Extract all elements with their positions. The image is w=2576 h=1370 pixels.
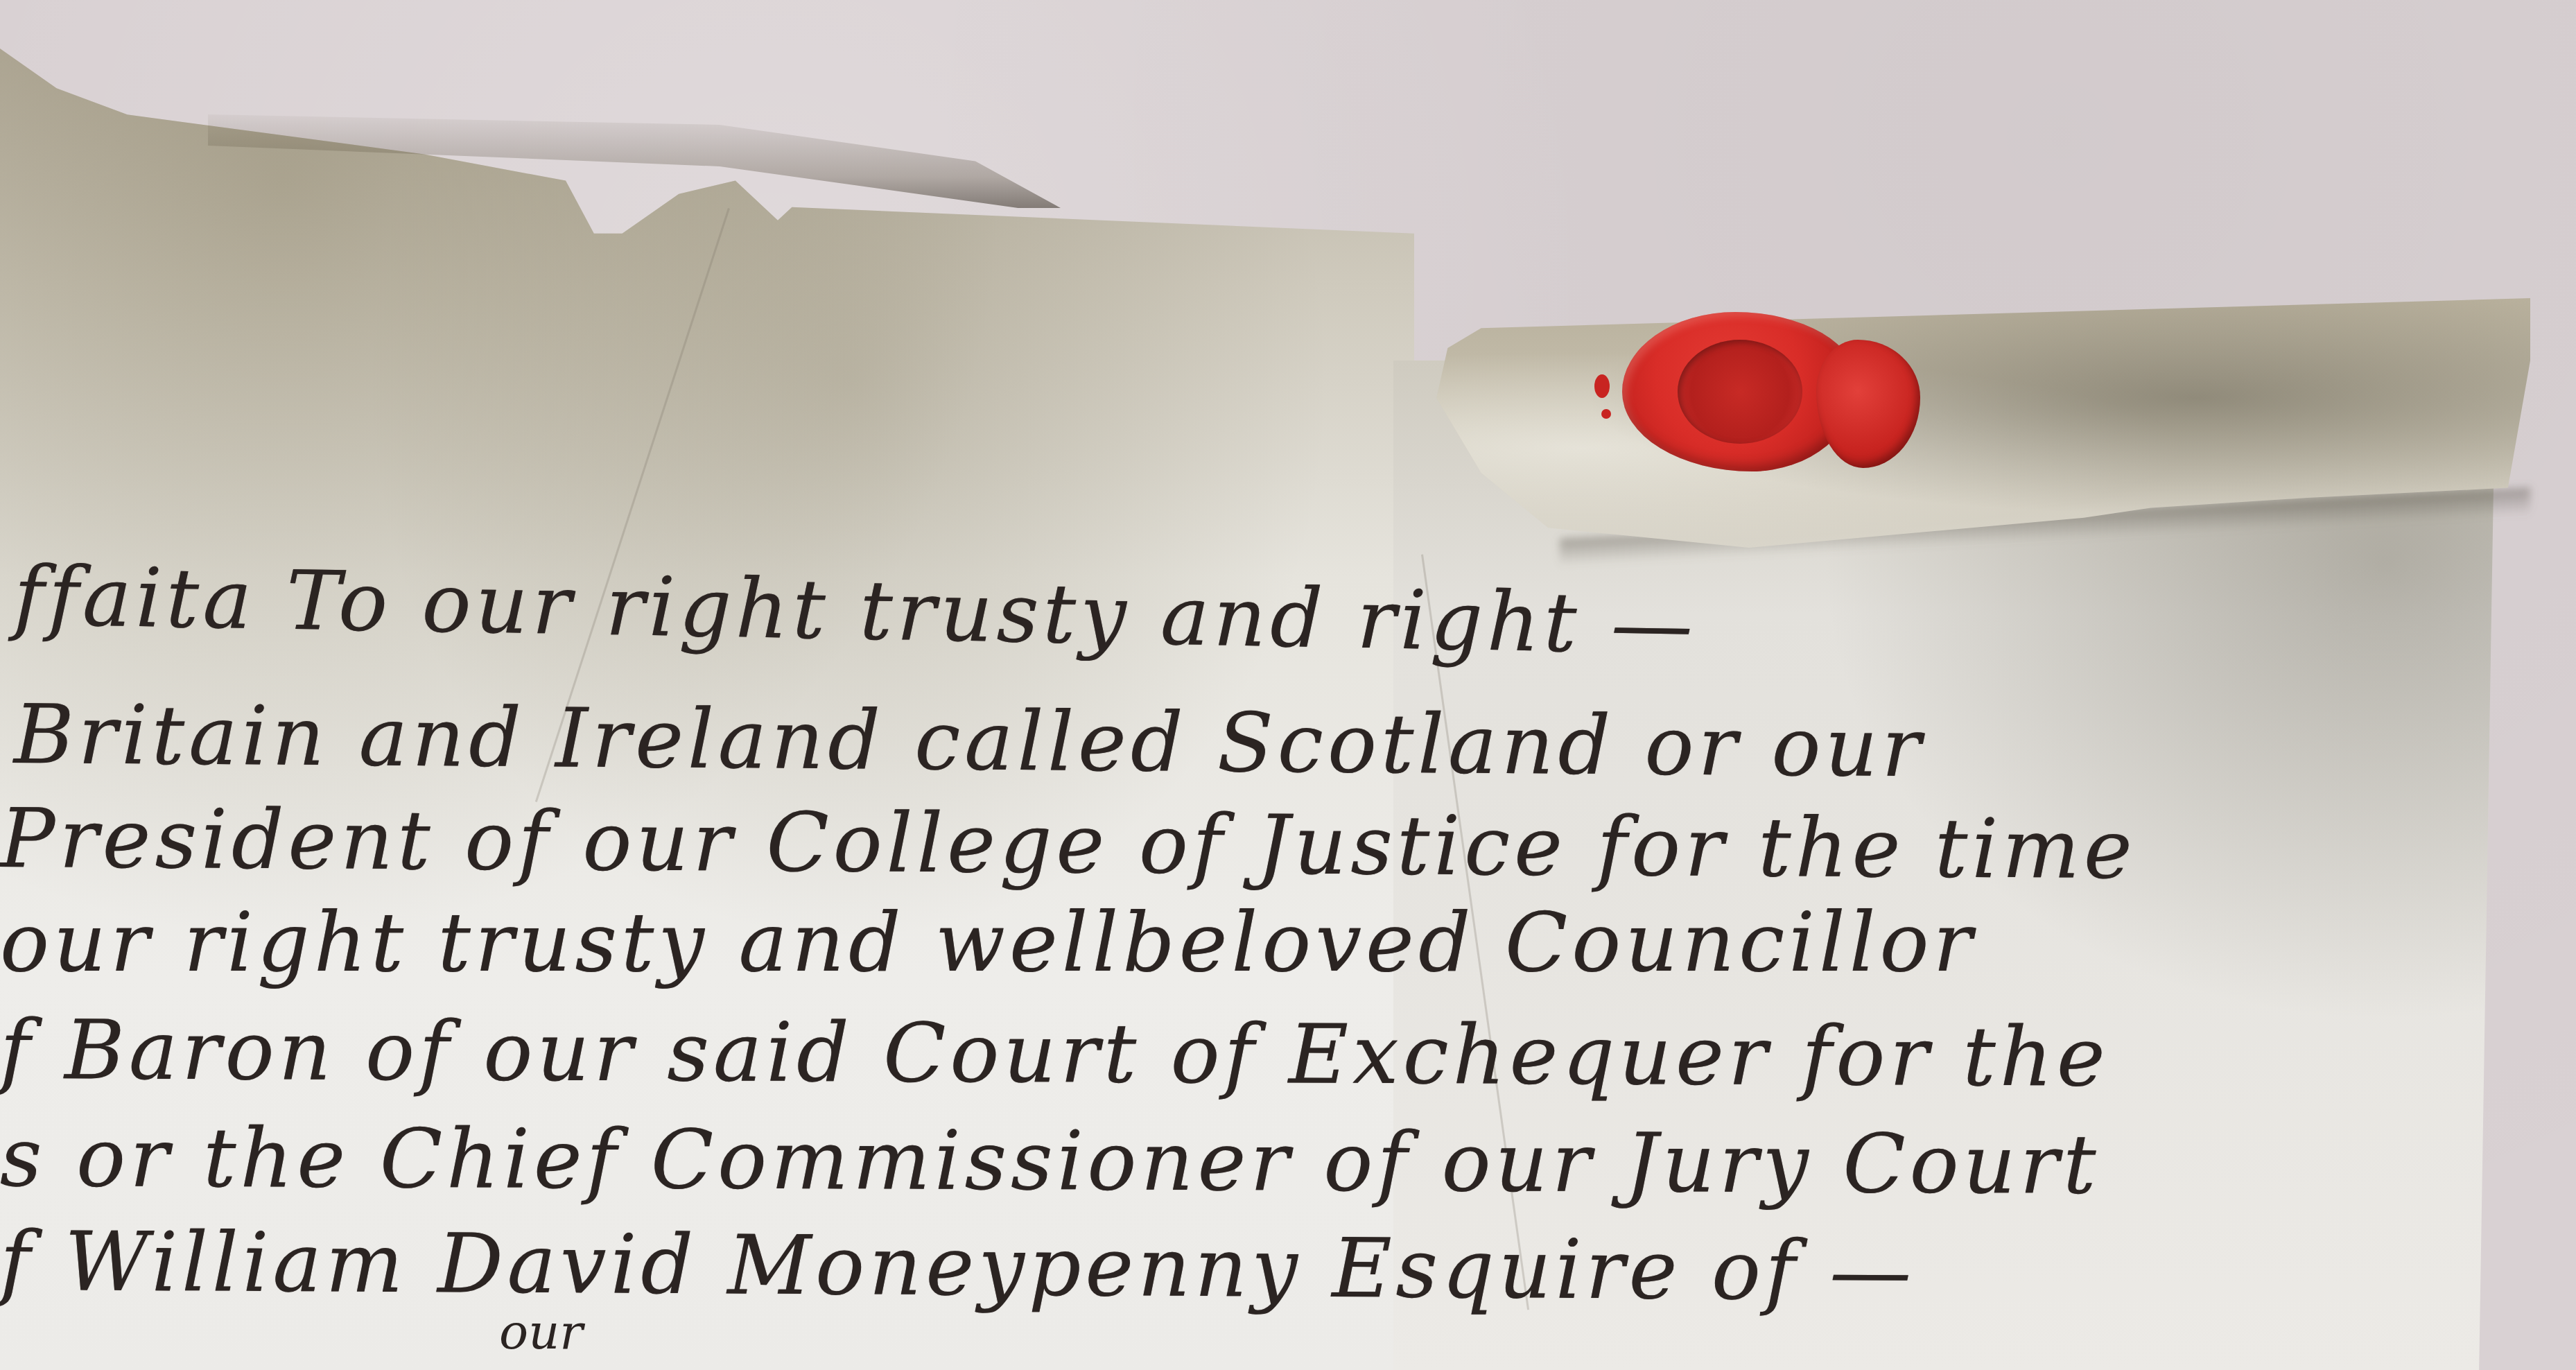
manuscript-text: ffaita To our right trusty and right — B… bbox=[0, 0, 2576, 1370]
manuscript-line-1: ffaita To our right trusty and right — bbox=[13, 548, 1698, 673]
manuscript-line-2: Britain and Ireland called Scotland or o… bbox=[14, 686, 1926, 795]
manuscript-line-5: f Baron of our said Court of Exchequer f… bbox=[0, 1002, 2109, 1105]
manuscript-line-3: President of our College of Justice for … bbox=[0, 790, 2136, 897]
manuscript-line-4: our right trusty and wellbeloved Council… bbox=[0, 894, 1976, 990]
superscript-insertion: our bbox=[499, 1303, 583, 1360]
manuscript-line-6: s or the Chief Commissioner of our Jury … bbox=[0, 1109, 2100, 1213]
manuscript-line-7: f William David Moneypenny Esquire of — bbox=[0, 1213, 1916, 1319]
